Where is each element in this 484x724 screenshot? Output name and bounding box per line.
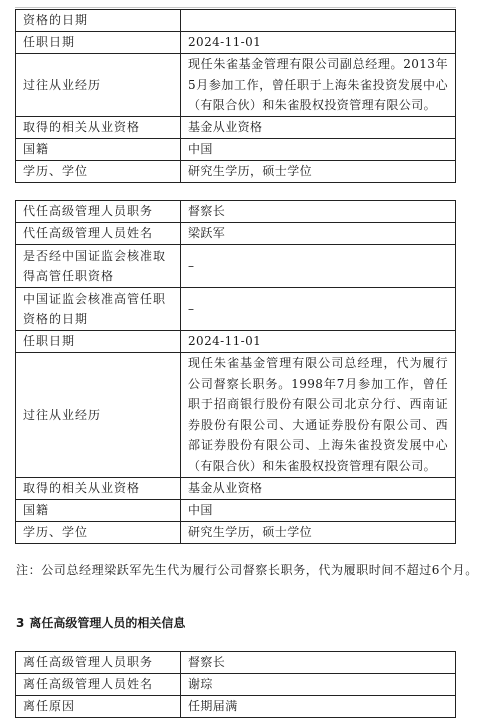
section-title: 离任高级管理人员的相关信息	[29, 616, 185, 630]
section-heading: 3离任高级管理人员的相关信息	[16, 614, 185, 631]
footnote: 注：公司总经理梁跃军先生代为履行公司督察长职务，代为履职时间不超过6个月。	[16, 561, 478, 578]
row-value: 基金从业资格	[181, 117, 456, 139]
row-label: 国籍	[16, 139, 181, 161]
row-value: 中国	[181, 499, 456, 521]
row-label: 取得的相关从业资格	[16, 477, 181, 499]
departing-officer-info-table: 离任高级管理人员职务 督察长 离任高级管理人员姓名 谢琮 离任原因 任期届满	[15, 651, 456, 718]
table-row: 学历、学位 研究生学历，硕士学位	[16, 521, 456, 543]
table-row: 中国证监会核准高管任职资格的日期 –	[16, 288, 456, 331]
table-row: 资格的日期	[16, 10, 456, 32]
row-value: 督察长	[181, 652, 456, 674]
section-number: 3	[16, 616, 24, 630]
row-label: 取得的相关从业资格	[16, 117, 181, 139]
row-label: 过往从业经历	[16, 54, 181, 117]
table-row: 国籍 中国	[16, 139, 456, 161]
table-row: 取得的相关从业资格 基金从业资格	[16, 117, 456, 139]
row-label: 资格的日期	[16, 10, 181, 32]
row-label: 中国证监会核准高管任职资格的日期	[16, 288, 181, 331]
table-row: 取得的相关从业资格 基金从业资格	[16, 477, 456, 499]
table-row: 过往从业经历 现任朱雀基金管理有限公司总经理，代为履行公司督察长职务。1998年…	[16, 353, 456, 478]
table-row: 国籍 中国	[16, 499, 456, 521]
row-label: 任职日期	[16, 32, 181, 54]
row-value: 督察长	[181, 201, 456, 223]
acting-officer-info-table: 代任高级管理人员职务 督察长 代任高级管理人员姓名 梁跃军 是否经中国证监会核准…	[15, 200, 456, 544]
table-row: 代任高级管理人员职务 督察长	[16, 201, 456, 223]
table-row: 学历、学位 研究生学历，硕士学位	[16, 161, 456, 183]
table-row: 过往从业经历 现任朱雀基金管理有限公司副总经理。2013年5月参加工作，曾任职于…	[16, 54, 456, 117]
page-top-rule	[15, 7, 456, 8]
row-value: –	[181, 288, 456, 331]
table-row: 离任高级管理人员职务 督察长	[16, 652, 456, 674]
row-label: 离任原因	[16, 696, 181, 718]
row-label: 离任高级管理人员姓名	[16, 674, 181, 696]
row-label: 学历、学位	[16, 521, 181, 543]
row-label: 离任高级管理人员职务	[16, 652, 181, 674]
row-value: 梁跃军	[181, 223, 456, 245]
row-label: 代任高级管理人员职务	[16, 201, 181, 223]
row-value: 谢琮	[181, 674, 456, 696]
row-value: 中国	[181, 139, 456, 161]
row-value: –	[181, 245, 456, 288]
table-row: 离任原因 任期届满	[16, 696, 456, 718]
row-label: 学历、学位	[16, 161, 181, 183]
row-label: 是否经中国证监会核准取得高管任职资格	[16, 245, 181, 288]
table-row: 代任高级管理人员姓名 梁跃军	[16, 223, 456, 245]
row-value: 研究生学历，硕士学位	[181, 161, 456, 183]
table-row: 任职日期 2024-11-01	[16, 331, 456, 353]
row-label: 代任高级管理人员姓名	[16, 223, 181, 245]
row-label: 过往从业经历	[16, 353, 181, 478]
row-value: 研究生学历，硕士学位	[181, 521, 456, 543]
row-value: 2024-11-01	[181, 331, 456, 353]
row-label: 任职日期	[16, 331, 181, 353]
row-value: 现任朱雀基金管理有限公司总经理，代为履行公司督察长职务。1998年7月参加工作，…	[181, 353, 456, 478]
row-label: 国籍	[16, 499, 181, 521]
row-value: 现任朱雀基金管理有限公司副总经理。2013年5月参加工作，曾任职于上海朱雀投资发…	[181, 54, 456, 117]
table-row: 是否经中国证监会核准取得高管任职资格 –	[16, 245, 456, 288]
row-value	[181, 10, 456, 32]
table-row: 离任高级管理人员姓名 谢琮	[16, 674, 456, 696]
appointee-info-table-continued: 资格的日期 任职日期 2024-11-01 过往从业经历 现任朱雀基金管理有限公…	[15, 9, 456, 183]
row-value: 2024-11-01	[181, 32, 456, 54]
table-row: 任职日期 2024-11-01	[16, 32, 456, 54]
row-value: 基金从业资格	[181, 477, 456, 499]
row-value: 任期届满	[181, 696, 456, 718]
